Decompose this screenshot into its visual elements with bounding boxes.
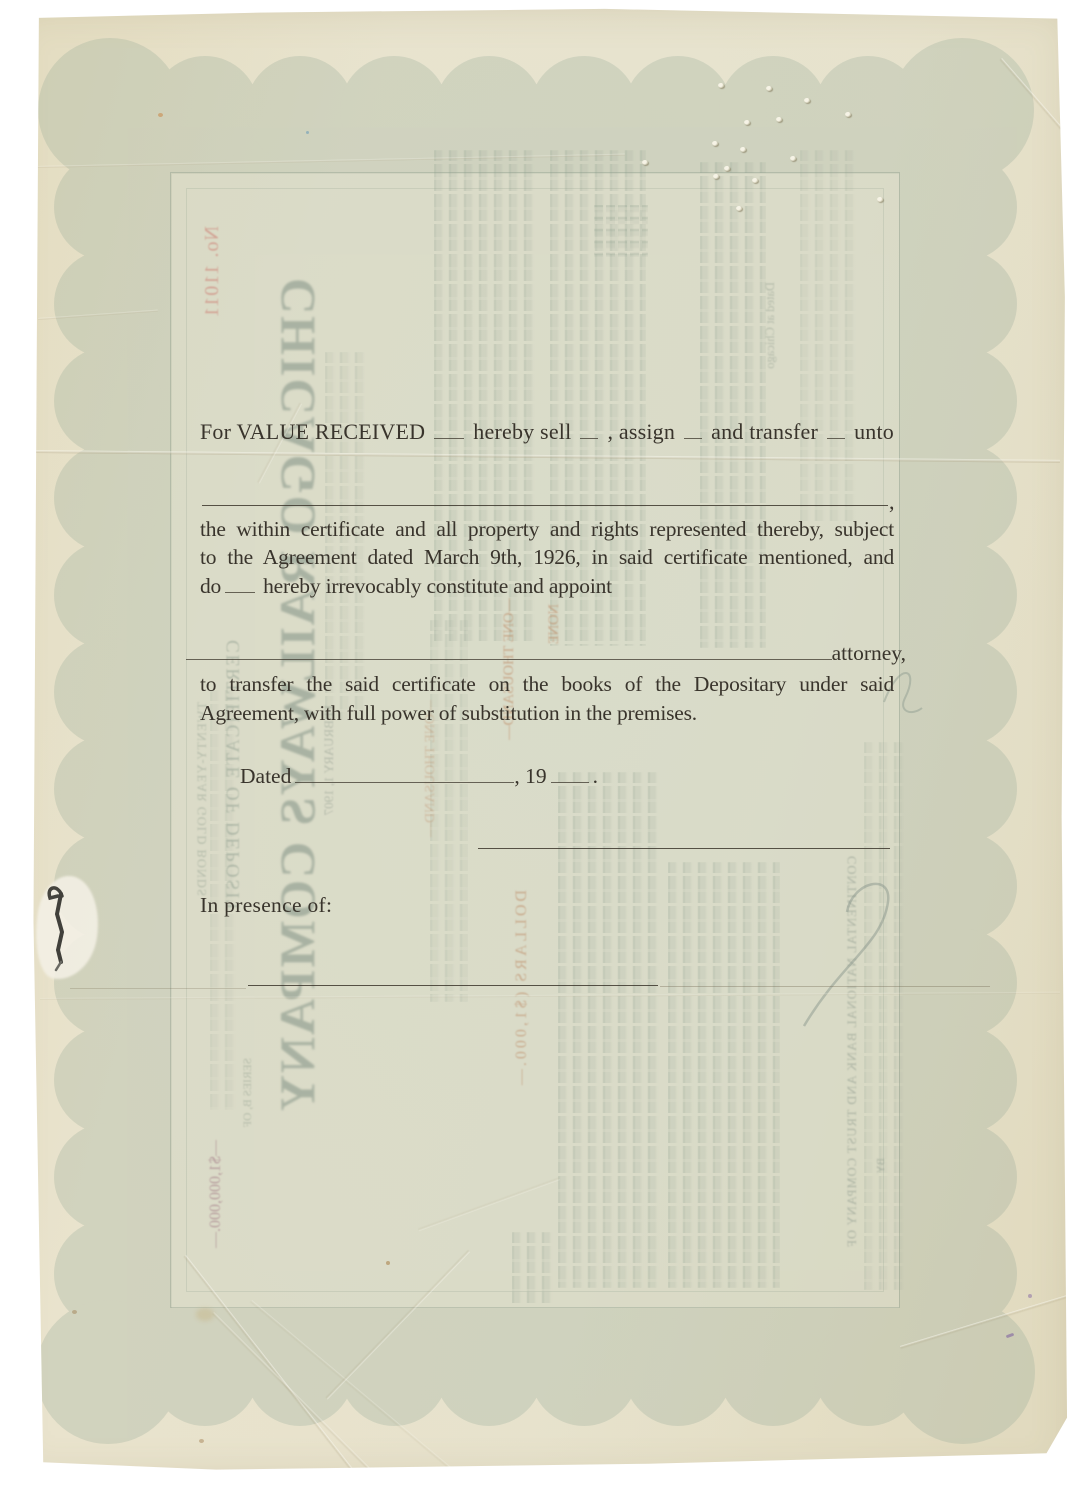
transfer-line: to transfer the said certificate on the …: [200, 670, 894, 699]
witness-line: [248, 985, 658, 986]
year-blank-line: [551, 768, 589, 783]
staple: [28, 866, 108, 996]
unto-text: unto: [854, 419, 894, 445]
attorney-line: attorney,: [186, 641, 906, 666]
dated-period: .: [593, 764, 598, 789]
and-transfer-text: and transfer: [711, 419, 818, 445]
assign-text: , assign: [607, 419, 675, 445]
witness-line-crease: [660, 986, 990, 987]
attorney-text: attorney,: [832, 641, 906, 666]
blank-gap: [827, 423, 845, 439]
value-received-line: For VALUE RECEIVED hereby sell , assign …: [200, 419, 894, 445]
transfer-form: For VALUE RECEIVED hereby sell , assign …: [0, 0, 1080, 1486]
transfer-line: Agreement, with full power of substituti…: [200, 699, 894, 728]
body-line: to the Agreement dated March 9th, 1926, …: [200, 543, 894, 571]
assignee-blank-line: [202, 505, 888, 506]
blank-gap: [684, 423, 702, 439]
certificate-back-paper: No. 11011 CHICAGO RAILWAYS COMPANY CERTI…: [0, 0, 1080, 1486]
appoint-text: hereby irrevocably constitute and appoin…: [263, 574, 612, 598]
dated-line: Dated , 19 .: [240, 764, 598, 789]
hereby-sell-text: hereby sell: [473, 419, 571, 445]
attorney-blank-line: [186, 645, 832, 660]
dated-blank-line: [295, 768, 514, 783]
blank-gap: [580, 423, 598, 439]
blank-gap: [225, 577, 255, 592]
in-presence-label: In presence of:: [200, 893, 332, 918]
dated-label: Dated: [240, 764, 291, 789]
assignee-line-comma: ,: [889, 489, 895, 515]
do-text: do: [200, 574, 221, 598]
signature-line: [478, 848, 890, 849]
body-paragraph: the within certificate and all property …: [200, 515, 894, 600]
year-prefix-text: , 19: [514, 764, 546, 789]
transfer-paragraph: to transfer the said certificate on the …: [200, 670, 894, 727]
scanned-document: No. 11011 CHICAGO RAILWAYS COMPANY CERTI…: [0, 0, 1080, 1486]
value-received-text: For VALUE RECEIVED: [200, 419, 425, 445]
blank-name-gap: [434, 423, 464, 439]
body-line: dohereby irrevocably constitute and appo…: [200, 572, 894, 600]
body-line: the within certificate and all property …: [200, 515, 894, 543]
